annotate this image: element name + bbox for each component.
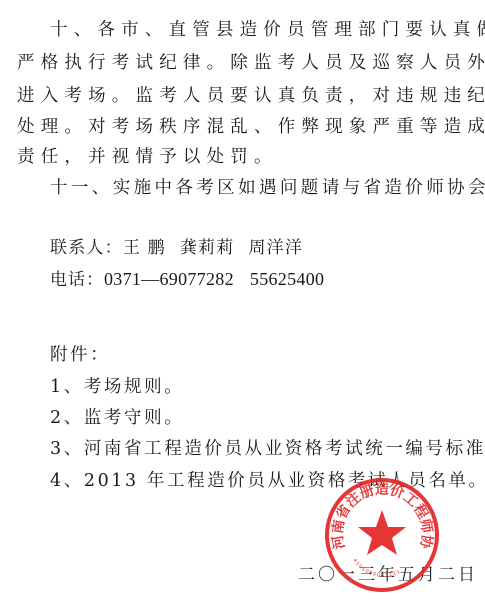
contact-name-2: 龚莉莉 <box>180 238 235 258</box>
star-icon <box>358 510 406 555</box>
paragraph-10-line-5: 责任，并视情予以处罚。 <box>17 146 278 168</box>
contact-line: 联系人：王 鹏龚莉莉周洋洋 <box>50 237 303 259</box>
phone-number-1: 0371—69077282 <box>104 269 234 289</box>
seal-graphic: 河南省注册造价工程师协会 4101080083121 <box>325 478 439 592</box>
seal-serial: 4101080083121 <box>351 558 402 579</box>
contact-label: 联系人： <box>50 238 123 258</box>
attachment-item-3: 3、河南省工程造价员从业资格考试统一编号标准。 <box>50 438 485 460</box>
paragraph-10-line-1: 十、各市、直管县造价员管理部门要认真做好考试管理工作， <box>50 19 485 41</box>
paragraph-10-line-2: 严格执行考试纪律。除监考人员及巡察人员外，其他人员均不得 <box>17 52 485 74</box>
paragraph-10-line-3: 进入考场。监考人员要认真负责，对违规违纪现象要予以制止和 <box>17 85 485 107</box>
attachment-item-1: 1、考场规则。 <box>50 376 184 398</box>
phone-number-2: 55625400 <box>250 269 324 289</box>
official-seal: 河南省注册造价工程师协会 4101080083121 <box>325 478 439 592</box>
attachments-label: 附件： <box>50 344 110 366</box>
contact-name-3: 周洋洋 <box>248 238 303 258</box>
contact-name-1: 王 鹏 <box>123 238 166 258</box>
svg-text:4101080083121: 4101080083121 <box>351 558 402 579</box>
phone-label: 电话： <box>50 270 104 290</box>
phone-line: 电话：0371—6907728255625400 <box>50 268 324 291</box>
attachment-item-2: 2、监考守则。 <box>50 407 184 429</box>
paragraph-11: 十一、实施中各考区如遇问题请与省造价师协会联系。 <box>50 177 485 199</box>
paragraph-10-line-4: 处理。对考场秩序混乱、作弊现象严重等造成不良后果，将追究 <box>17 116 485 138</box>
